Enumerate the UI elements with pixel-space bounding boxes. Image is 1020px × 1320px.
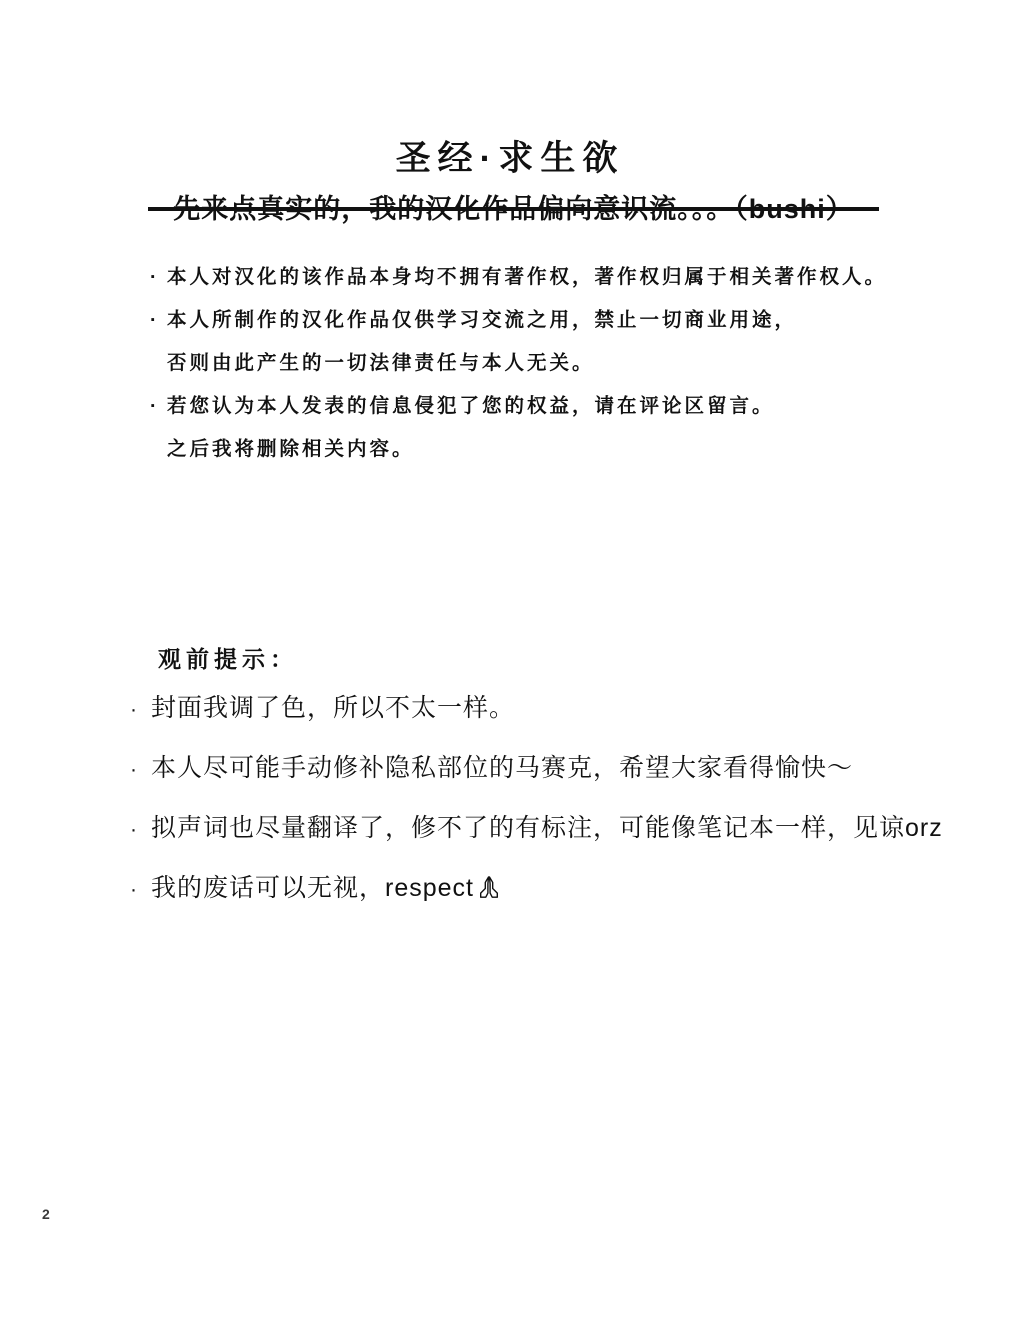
list-item: ·封面我调了色，所以不太一样。 [130,678,943,738]
list-item-text: 本人尽可能手动修补隐私部位的马赛克，希望大家看得愉快～ [151,754,853,782]
bullet-dot: · [150,299,167,342]
list-item-text: 本人对汉化的该作品本身均不拥有著作权，著作权归属于相关著作权人。 [167,266,887,288]
list-item: ·若您认为本人发表的信息侵犯了您的权益，请在评论区留言。 [150,385,887,428]
notes-heading: 观前提示： [158,641,298,674]
bullet-dot: · [150,385,167,428]
document-page: 圣经·求生欲 先来点真实的，我的汉化作品偏向意识流。。。（bushi） ·本人对… [0,0,1020,1320]
list-item-text: 之后我将删除相关内容。 [167,438,415,460]
bullet-dot: · [130,800,151,860]
bullet-dot: · [130,860,151,920]
list-item-text: 我的废话可以无视，respect [151,874,474,902]
list-item-text: 封面我调了色，所以不太一样。 [151,694,515,722]
page-number: 2 [42,1206,50,1222]
bullet-dot: · [150,256,167,299]
list-item: ·本人尽可能手动修补隐私部位的马赛克，希望大家看得愉快～ [130,738,943,798]
list-item: ·拟声词也尽量翻译了，修不了的有标注，可能像笔记本一样，见谅orz [130,798,943,858]
list-item-text: 拟声词也尽量翻译了，修不了的有标注，可能像笔记本一样，见谅orz [151,814,943,842]
list-item-text: 若您认为本人发表的信息侵犯了您的权益，请在评论区留言。 [167,395,775,417]
page-title: 圣经·求生欲 [0,131,1020,181]
list-item: ·本人对汉化的该作品本身均不拥有著作权，著作权归属于相关著作权人。 [150,256,887,299]
list-item-text: 否则由此产生的一切法律责任与本人无关。 [167,352,595,374]
list-item: ·我的废话可以无视，respect [130,858,943,918]
bullet-dot: · [130,740,151,800]
notes-list: ·封面我调了色，所以不太一样。 ·本人尽可能手动修补隐私部位的马赛克，希望大家看… [130,678,943,918]
list-item: ·本人所制作的汉化作品仅供学习交流之用，禁止一切商业用途， [150,299,887,342]
disclaimer-list: ·本人对汉化的该作品本身均不拥有著作权，著作权归属于相关著作权人。 ·本人所制作… [150,256,887,471]
list-item-text: 本人所制作的汉化作品仅供学习交流之用，禁止一切商业用途， [167,309,797,331]
list-item-continuation: 之后我将删除相关内容。 [150,428,887,471]
bullet-dot: · [130,680,151,740]
strikethrough-line [148,207,879,211]
struck-subtitle: 先来点真实的，我的汉化作品偏向意识流。。。（bushi） [150,191,877,227]
list-item-continuation: 否则由此产生的一切法律责任与本人无关。 [150,342,887,385]
praying-hands-icon [477,863,501,923]
